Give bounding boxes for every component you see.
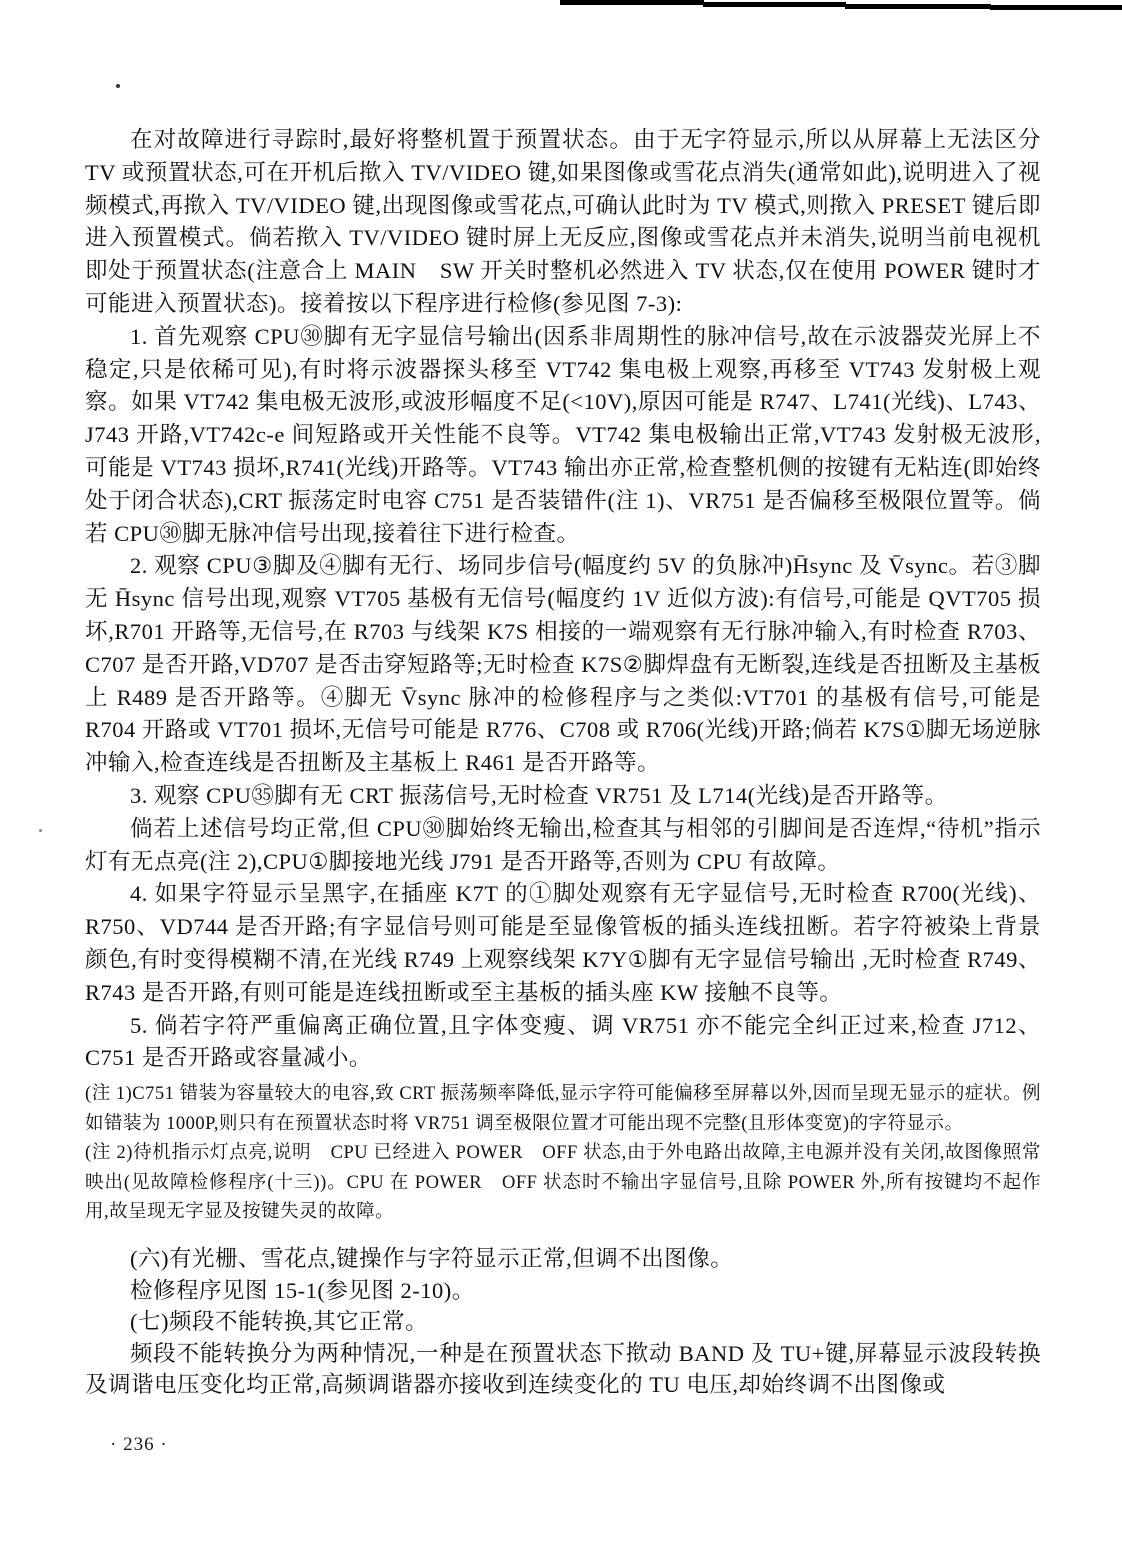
scan-speck (116, 84, 120, 88)
page-body-text: 在对故障进行寻踪时,最好将整机置于预置状态。由于无字符显示,所以从屏幕上无法区分… (85, 124, 1041, 1401)
scan-artifact-bar (990, 5, 1122, 10)
footnote-2: (注 2)待机指示灯点亮,说明 CPU 已经进入 POWER OFF 状态,由于… (85, 1139, 1041, 1228)
paragraph-step-4: 4. 如果字符显示呈黑字,在插座 K7T 的①脚处观察有无字显信号,无时检查 R… (85, 878, 1041, 1009)
section-7-heading: (七)频段不能转换,其它正常。 (85, 1306, 1041, 1338)
paragraph-step-3: 3. 观察 CPU㉟脚有无 CRT 振荡信号,无时检查 VR751 及 L714… (85, 780, 1041, 813)
page-number: · 236 · (110, 1434, 168, 1456)
next-sections: (六)有光栅、雪花点,键操作与字符显示正常,但调不出图像。 检修程序见图 15-… (85, 1243, 1041, 1401)
section-6-heading: (六)有光栅、雪花点,键操作与字符显示正常,但调不出图像。 (85, 1243, 1041, 1275)
scan-artifact-bar (845, 4, 991, 9)
paragraph-intro: 在对故障进行寻踪时,最好将整机置于预置状态。由于无字符显示,所以从屏幕上无法区分… (85, 124, 1041, 321)
paragraph-step-1: 1. 首先观察 CPU㉚脚有无字显信号输出(因系非周期性的脉冲信号,故在示波器荧… (85, 321, 1041, 551)
scan-artifact-bar (560, 0, 704, 5)
scanned-manual-page: 在对故障进行寻踪时,最好将整机置于预置状态。由于无字符显示,所以从屏幕上无法区分… (0, 0, 1122, 1568)
scan-artifact-bar (703, 2, 846, 7)
footnote-1: (注 1)C751 错装为容量较大的电容,致 CRT 振荡频率降低,显示字符可能… (85, 1080, 1041, 1139)
paragraph-step-2: 2. 观察 CPU③脚及④脚有无行、场同步信号(幅度约 5V 的负脉冲)H̄sy… (85, 550, 1041, 780)
scan-speck (39, 829, 42, 832)
section-6-body: 检修程序见图 15-1(参见图 2-10)。 (85, 1275, 1041, 1307)
paragraph-step-5: 5. 倘若字符严重偏离正确位置,且字体变瘦、调 VR751 亦不能完全纠正过来,… (85, 1010, 1041, 1076)
section-7-body: 频段不能转换分为两种情况,一种是在预置状态下揿动 BAND 及 TU+键,屏幕显… (85, 1338, 1041, 1401)
footnotes: (注 1)C751 错装为容量较大的电容,致 CRT 振荡频率降低,显示字符可能… (85, 1080, 1041, 1228)
paragraph-step-3-cont: 倘若上述信号均正常,但 CPU㉚脚始终无输出,检查其与相邻的引脚间是否连焊,“待… (85, 813, 1041, 879)
